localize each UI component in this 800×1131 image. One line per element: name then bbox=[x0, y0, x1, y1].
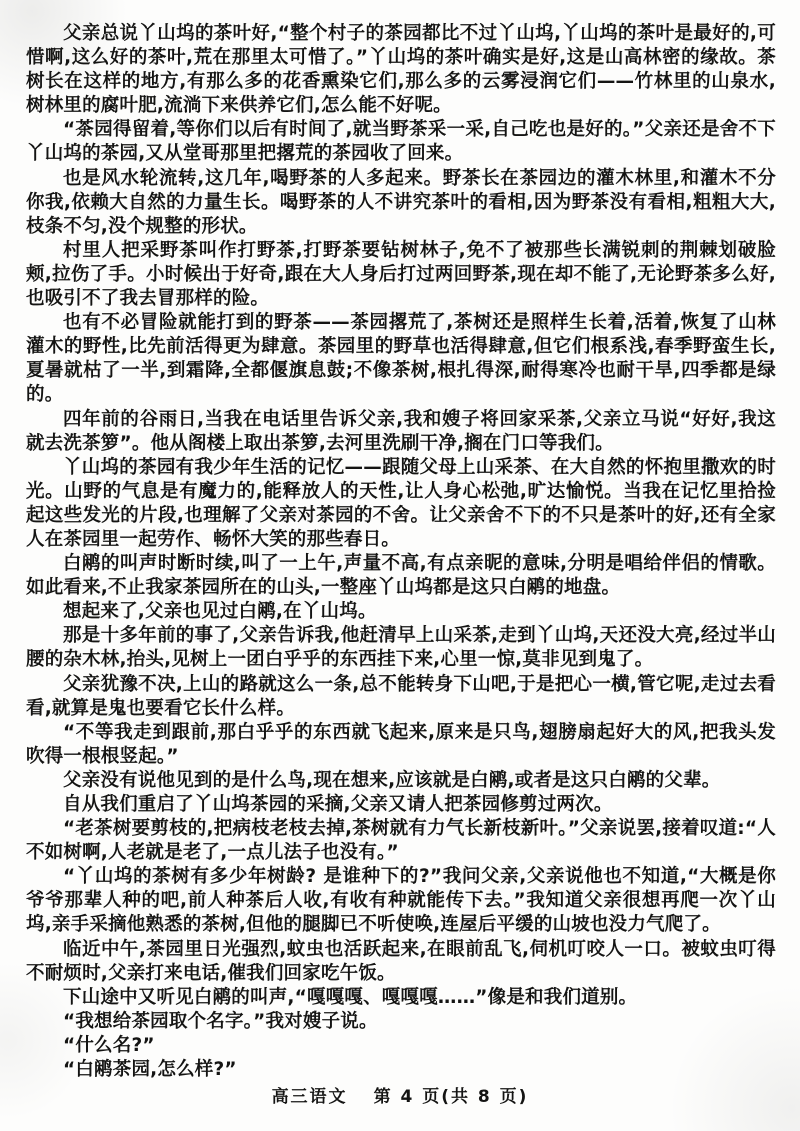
passage-paragraph: 也有不必冒险就能打到的野茶——茶园撂荒了,茶树还是照样生长着,活着,恢复了山林灌… bbox=[26, 311, 776, 407]
passage-paragraph: “我想给茶园取个名字。”我对嫂子说。 bbox=[26, 1010, 776, 1034]
passage-paragraph: “茶园得留着,等你们以后有时间了,就当野茶采一采,自己吃也是好的。”父亲还是舍不… bbox=[26, 118, 776, 166]
passage-paragraph: 白鹇的叫声时断时续,叫了一上午,声量不高,有点亲昵的意味,分明是唱给伴侣的情歌。… bbox=[26, 552, 776, 600]
passage-paragraph: 村里人把采野茶叫作打野茶,打野茶要钻树林子,免不了被那些长满锐刺的荆棘划破脸颊,… bbox=[26, 239, 776, 311]
passage-paragraph: “什么名?” bbox=[26, 1034, 776, 1058]
footer-page-number: 第 4 页(共 8 页) bbox=[374, 1087, 529, 1107]
passage-paragraph: 父亲犹豫不决,上山的路就这么一条,总不能转身下山吧,于是把心一横,管它呢,走过去… bbox=[26, 673, 776, 721]
passage-paragraph: 想起来了,父亲也见过白鹇,在丫山坞。 bbox=[26, 600, 776, 624]
passage-paragraph: “丫山坞的茶树有多少年树龄? 是谁种下的?”我问父亲,父亲说他也不知道,“大概是… bbox=[26, 865, 776, 937]
passage-paragraph: 临近中午,茶园里日光强烈,蚊虫也活跃起来,在眼前乱飞,伺机叮咬人一口。被蚊虫叮得… bbox=[26, 938, 776, 986]
passage-body: 父亲总说丫山坞的茶叶好,“整个村子的茶园都比不过丫山坞,丫山坞的茶叶是最好的,可… bbox=[26, 22, 776, 1082]
page-footer: 高三语文第 4 页(共 8 页) bbox=[0, 1082, 800, 1107]
passage-paragraph: 父亲总说丫山坞的茶叶好,“整个村子的茶园都比不过丫山坞,丫山坞的茶叶是最好的,可… bbox=[26, 22, 776, 118]
passage-paragraph: 自从我们重启了丫山坞茶园的采摘,父亲又请人把茶园修剪过两次。 bbox=[26, 793, 776, 817]
passage-paragraph: 下山途中又听见白鹇的叫声,“嘎嘎嘎、嘎嘎嘎……”像是和我们道别。 bbox=[26, 986, 776, 1010]
footer-course-label: 高三语文 bbox=[272, 1087, 348, 1107]
document-page: 父亲总说丫山坞的茶叶好,“整个村子的茶园都比不过丫山坞,丫山坞的茶叶是最好的,可… bbox=[0, 0, 800, 1131]
passage-paragraph: 那是十多年前的事了,父亲告诉我,他赶清早上山采茶,走到丫山坞,天还没大亮,经过半… bbox=[26, 624, 776, 672]
passage-paragraph: 四年前的谷雨日,当我在电话里告诉父亲,我和嫂子将回家采茶,父亲立马说“好好,我这… bbox=[26, 408, 776, 456]
passage-paragraph: 也是风水轮流转,这几年,喝野茶的人多起来。野茶长在茶园边的灌木林里,和灌木不分你… bbox=[26, 167, 776, 239]
passage-paragraph: “白鹇茶园,怎么样?” bbox=[26, 1058, 776, 1082]
passage-paragraph: “不等我走到跟前,那白乎乎的东西就飞起来,原来是只鸟,翅膀扇起好大的风,把我头发… bbox=[26, 721, 776, 769]
passage-paragraph: 丫山坞的茶园有我少年生活的记忆——跟随父母上山采茶、在大自然的怀抱里撒欢的时光。… bbox=[26, 456, 776, 552]
passage-paragraph: “老茶树要剪枝的,把病枝老枝去掉,茶树就有力气长新枝新叶。”父亲说罢,接着叹道:… bbox=[26, 817, 776, 865]
passage-paragraph: 父亲没有说他见到的是什么鸟,现在想来,应该就是白鹇,或者是这只白鹇的父辈。 bbox=[26, 769, 776, 793]
